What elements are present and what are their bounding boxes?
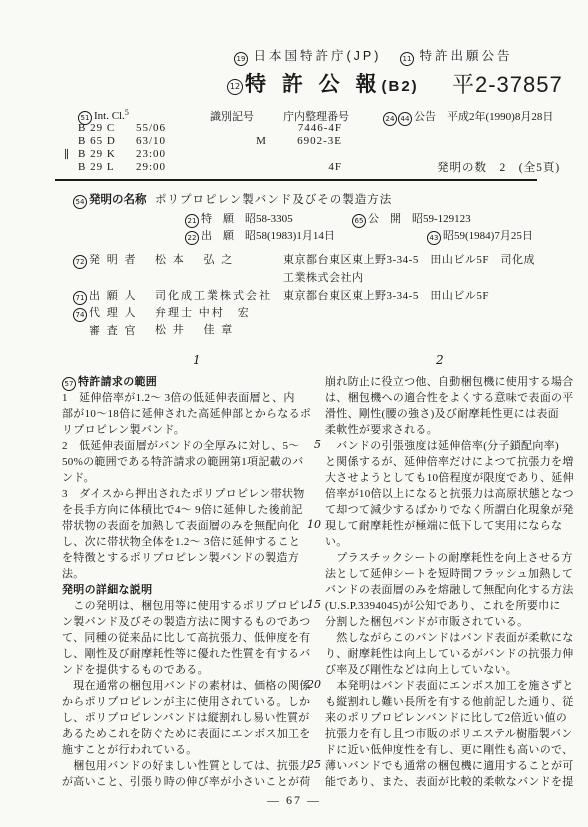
applicant-role-label: 出 願 人 [89,290,138,302]
circled-number-12: 12 [227,79,243,95]
invention-count: 発明の数 2 (全5頁) [437,159,560,175]
examiner-role-label: 審 査 官 [89,325,138,337]
classification-row: B 29 C 55/06 7446-4F [64,122,354,135]
laid-open-date: 昭59(1984)7月25日 [443,230,533,242]
class-code: 55/06 [136,122,166,134]
class-symbol: B 65 D [78,135,116,147]
column-number-1: 1 [193,353,201,367]
claims-heading-text: 特許請求の範囲 [78,376,157,388]
laid-open-label: 公 開 [368,213,401,225]
circled-number-57: 57 [62,377,76,391]
office-ref: 7446-4F [262,122,342,134]
line-number-25: 25 [301,758,321,771]
classification-row: ∥ B 29 K 23:00 [64,148,354,161]
agent-name: 弁理士 中村 宏 [155,304,251,320]
classification-row: B 29 L 29:00 4F [64,161,354,174]
claims-heading: 57特許請求の範囲 [62,374,314,390]
body-column-right: 崩れ防止に役立つ他、自動梱包機に使用する場合 は、梱包機への適合性をよくする意味… [325,374,577,790]
agent-role-label: 代 理 人 [89,307,138,319]
description-continued-text: 崩れ防止に役立つ他、自動梱包機に使用する場合 は、梱包機への適合性をよくする意味… [325,374,577,790]
detailed-description-heading-text: 発明の詳細な説明 [62,584,152,596]
line-number-20: 20 [301,678,321,691]
patent-office-label: 日本国特許庁(JP) [253,49,381,63]
publication-date: 平成2年(1990)8月28日 [447,111,553,123]
claims-text: 1 延伸倍率が1.2〜 3倍の低延伸表面層と、内 部が10〜18倍に延伸された高… [62,390,314,582]
application-number-line: 21特 願 昭58-3305 [185,210,293,228]
publication-number: 平2-37857 [452,68,563,99]
applicant-address: 東京都台東区東上野3-34-5 田山ビル5F [283,287,541,305]
invention-title: ポリプロピレン製バンド及びその製造方法 [155,191,392,207]
circled-number-43: 43 [427,231,441,245]
line-number-5: 5 [301,438,321,451]
inventor-row: 72発 明 者 松 本 弘 之 東京都台東区東上野3-34-5 田山ビル5F 司… [73,251,138,269]
inventor-name: 松 本 弘 之 [155,251,234,267]
gazette-kind-code: (B2) [382,78,419,95]
class-code: 23:00 [136,148,166,160]
class-symbol: B 29 C [78,122,115,134]
int-cl-edition: 5 [125,108,129,117]
laid-open-number-line: 65公 開 昭59-129123 [352,210,471,228]
circled-number-44: 44 [398,112,412,126]
application-label: 特 願 [201,213,234,225]
circled-number-54: 54 [73,195,87,209]
invention-title-label: 発明の名称 [89,194,147,206]
class-code: 63/10 [136,135,166,147]
agent-row: 74代 理 人 弁理士 中村 宏 [73,304,138,322]
application-number: 昭58-3305 [245,213,293,225]
gazette-title: 特 許 公 報 [245,73,382,96]
examiner-name: 松 井 佳 章 [155,321,234,337]
circled-number-65: 65 [352,214,366,228]
filing-date-line: 22出 願 昭58(1983)1月14日 [185,227,335,245]
classification-row: B 65 D 63/10 M 6902-3E [64,135,354,148]
class-symbol: B 29 L [78,161,115,173]
circled-number-19: 19 [234,52,248,66]
circled-number-24: 24 [383,112,397,126]
inventor-role-label: 発 明 者 [89,254,138,266]
applicant-row: 71出 願 人 司化成工業株式会社 東京都台東区東上野3-34-5 田山ビル5F [73,287,138,305]
publication-type-label: 特許出願公告 [419,49,512,63]
circled-number-21: 21 [185,214,199,228]
office-ref: 4F [262,161,342,173]
laid-open-date-line: 43昭59(1984)7月25日 [427,227,533,245]
publication-label: 公告 [414,111,436,123]
detailed-description-text: この発明は、梱包用等に使用するポリプロピレ ン製バンド及びその製造方法に関するも… [62,598,314,790]
examiner-row: 審 査 官 松 井 佳 章 [73,321,138,338]
laid-open-number: 昭59-129123 [412,213,471,225]
publication-type-line: 11 特許出願公告 [400,46,513,66]
patent-gazette-page: 19 日本国特許庁(JP) 11 特許出願公告 12特 許 公 報(B2) 平2… [0,0,588,827]
line-number-15: 15 [301,598,321,611]
class-code: 29:00 [136,161,166,173]
circled-number-72: 72 [73,255,87,269]
inventor-address: 東京都台東区東上野3-34-5 田山ビル5F 司化成工業株式会社内 [283,251,541,287]
publication-date-line: 2444公告 平成2年(1990)8月28日 [383,108,553,126]
filing-label: 出 願 [201,230,234,242]
page-number: — 67 — [0,793,588,808]
body-column-left: 57特許請求の範囲 1 延伸倍率が1.2〜 3倍の低延伸表面層と、内 部が10〜… [62,374,314,790]
slash-mark: ∥ [64,148,69,161]
office-ref: 6902-3E [262,135,342,147]
circled-number-22: 22 [185,231,199,245]
circled-number-71: 71 [73,291,87,305]
column-number-2: 2 [436,353,444,367]
gazette-title-line: 12特 許 公 報(B2) [227,68,419,98]
circled-number-11: 11 [400,52,414,66]
circled-number-74: 74 [73,308,87,322]
applicant-name: 司化成工業株式会社 [155,287,272,303]
line-number-10: 10 [301,518,321,531]
int-cl-label: Int. Cl. [94,110,125,122]
header-divider-rule [55,179,537,181]
patent-office-line: 19 日本国特許庁(JP) [234,46,381,66]
invention-title-line: 54発明の名称 ポリプロピレン製バンド及びその製造方法 [73,191,147,209]
detailed-description-heading: 発明の詳細な説明 [62,582,314,598]
filing-date: 昭58(1983)1月14日 [245,230,335,242]
class-symbol: B 29 K [78,148,116,160]
